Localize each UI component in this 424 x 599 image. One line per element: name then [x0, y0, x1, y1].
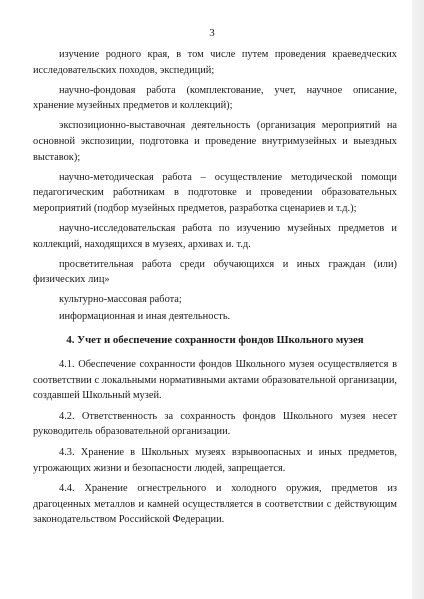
section-paragraph: 4.1. Обеспечение сохранности фондов Школ…: [33, 357, 397, 404]
list-item: экспозиционно-выставочная деятельность (…: [33, 118, 397, 165]
list-item: культурно-массовая работа;: [33, 292, 397, 308]
list-item: научно-исследовательская работа по изуче…: [33, 221, 397, 252]
list-item: просветительная работа среди обучающихся…: [33, 257, 397, 288]
section-paragraph: 4.3. Хранение в Школьных музеях взрывооп…: [33, 445, 397, 476]
document-body: изучение родного края, в том числе путем…: [33, 47, 397, 533]
list-item: научно-фондовая работа (комплектование, …: [33, 83, 397, 114]
list-item: информационная и иная деятельность.: [33, 309, 397, 325]
list-item: изучение родного края, в том числе путем…: [33, 47, 397, 78]
scan-page-edge: [412, 0, 424, 599]
page-number: 3: [0, 27, 424, 39]
section-paragraph: 4.2. Ответственность за сохранность фонд…: [33, 409, 397, 440]
section-paragraph: 4.4. Хранение огнестрельного и холодного…: [33, 481, 397, 528]
section-heading: 4. Учет и обеспечение сохранности фондов…: [33, 333, 397, 349]
list-item: научно-методическая работа – осуществлен…: [33, 170, 397, 217]
section-body: 4.1. Обеспечение сохранности фондов Школ…: [33, 357, 397, 528]
